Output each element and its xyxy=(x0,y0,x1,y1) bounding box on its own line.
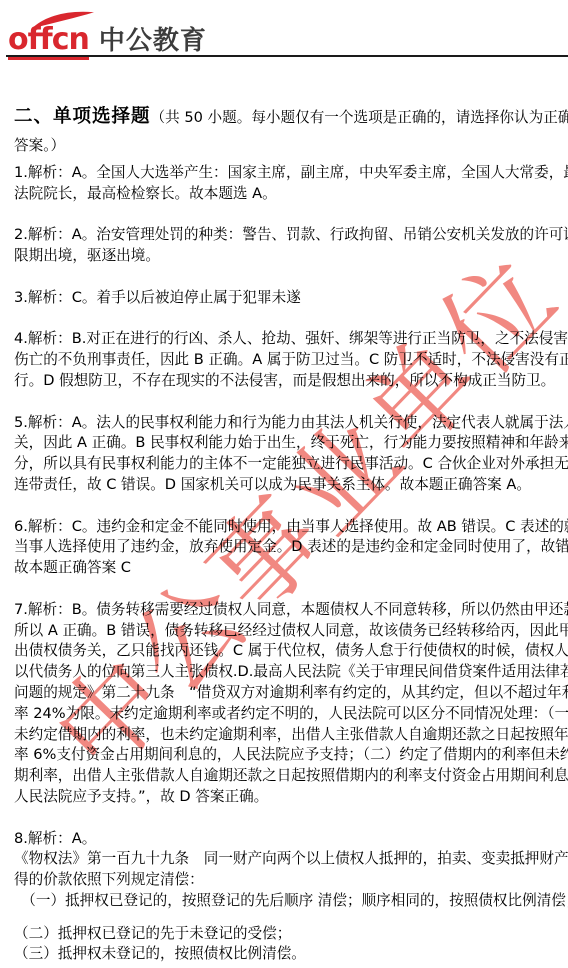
answer-line: 限期出境，驱逐出境。 xyxy=(14,246,554,267)
answer-line: （二）抵押权已登记的先于未登记的受偿； xyxy=(14,924,554,945)
section-title-bold: 二、单项选择题 xyxy=(14,106,151,127)
answer-line: 期利率，出借人主张借款人自逾期还款之日起按照借期内的利率支付资金占用期间利息的， xyxy=(14,766,554,787)
answer-line: 所以 A 正确。B 错误，债务转移已经经过债权人同意，故该债务已经转移给丙，因此… xyxy=(14,621,554,642)
answer-line: 1.解析：A。全国人大选举产生：国家主席，副主席，中央军委主席，全国人大常委，最… xyxy=(14,163,554,184)
answer-line: 未约定借期内的利率，也未约定逾期利率，出借人主张借款人自逾期还款之日起按照年利 xyxy=(14,725,554,746)
answer-line: 以代债务人的位向第三人主张债权.D.最高人民法院《关于审理民间借贷案件适用法律若… xyxy=(14,662,554,683)
offcn-logo: offcn xyxy=(8,10,89,60)
logo-swoosh-icon xyxy=(34,10,94,28)
answer-paragraph: 2.解析：A。治安管理处罚的种类：警告、罚款、行政拘留、吊销公安机关发放的许可证… xyxy=(14,225,554,267)
answer-line: 行。D 假想防卫，不存在现实的不法侵害，而是假想出来的，所以不构成正当防卫。 xyxy=(14,371,554,392)
answer-line: 5.解析：A。法人的民事权利能力和行为能力由其法人机关行使，法定代表人就属于法人… xyxy=(14,413,554,434)
answer-paragraph: 5.解析：A。法人的民事权利能力和行为能力由其法人机关行使，法定代表人就属于法人… xyxy=(14,413,554,496)
answer-paragraph: （二）抵押权已登记的先于未登记的受偿；（三）抵押权未登记的，按照债权比例清偿。 xyxy=(14,924,554,966)
answer-line: 6.解析：C。违约金和定金不能同时使用，由当事人选择使用。故 AB 错误。C 表… xyxy=(14,517,554,538)
answer-line: 当事人选择使用了违约金，放弃使用定金。D 表述的是违约金和定金同时使用了，故错误… xyxy=(14,537,554,558)
answer-line: 《物权法》第一百九十九条 同一财产向两个以上债权人抵押的，拍卖、变卖抵押财产所 xyxy=(14,849,554,870)
answer-paragraph: 1.解析：A。全国人大选举产生：国家主席，副主席，中央军委主席，全国人大常委，最… xyxy=(14,163,554,205)
section-title-rest: （共 50 小题。每小题仅有一个选项是正确的，请选择你认为正确的 xyxy=(151,109,568,126)
logo-cn-text: 中公教育 xyxy=(99,20,207,60)
answer-paragraph: 3.解析：C。着手以后被迫停止属于犯罪未遂 xyxy=(14,288,554,309)
section-title: 二、单项选择题（共 50 小题。每小题仅有一个选项是正确的，请选择你认为正确的 … xyxy=(14,103,554,160)
logo-offcn-text: offcn xyxy=(8,25,89,60)
document-page: offcn 中公教育 中公事业单位 二、单项选择题（共 50 小题。每小题仅有一… xyxy=(0,0,568,968)
answer-line: 4.解析：B.对正在进行的行凶、杀人、抢劫、强奸、绑架等进行正当防卫，之不法侵害… xyxy=(14,329,554,350)
answer-line: 故本题正确答案 C xyxy=(14,558,554,579)
answer-line: 7.解析：B。债务转移需要经过债权人同意，本题债权人不同意转移，所以仍然由甲还款… xyxy=(14,600,554,621)
answer-paragraph: 7.解析：B。债务转移需要经过债权人同意，本题债权人不同意转移，所以仍然由甲还款… xyxy=(14,600,554,808)
answer-line: 出债权债务关，乙只能找丙还钱。C 属于代位权，债务人怠于行使债权的时候，债权人可 xyxy=(14,641,554,662)
answer-line: 3.解析：C。着手以后被迫停止属于犯罪未遂 xyxy=(14,288,554,309)
answer-paragraphs: 1.解析：A。全国人大选举产生：国家主席，副主席，中央军委主席，全国人大常委，最… xyxy=(14,163,554,965)
answer-line: 人民法院应予支持。”，故 D 答案正确。 xyxy=(14,787,554,808)
answer-line: 分，所以具有民事权利能力的主体不一定能独立进行民事活动。C 合伙企业对外承担无限 xyxy=(14,454,554,475)
answer-line: 8.解析：A。 xyxy=(14,829,554,850)
answer-paragraph: 6.解析：C。违约金和定金不能同时使用，由当事人选择使用。故 AB 错误。C 表… xyxy=(14,517,554,579)
answer-line: （一）抵押权已登记的，按照登记的先后顺序 清偿；顺序相同的，按照债权比例清偿； xyxy=(14,891,554,912)
answer-line: 得的价款依照下列规定清偿： xyxy=(14,870,554,891)
answer-line: 率 6%支付资金占用期间利息的，人民法院应予支持；（二）约定了借期内的利率但未约… xyxy=(14,745,554,766)
answer-paragraph: 8.解析：A。《物权法》第一百九十九条 同一财产向两个以上债权人抵押的，拍卖、变… xyxy=(14,829,554,912)
answer-line: （三）抵押权未登记的，按照债权比例清偿。 xyxy=(14,944,554,965)
section-title-line-1: 二、单项选择题（共 50 小题。每小题仅有一个选项是正确的，请选择你认为正确的 xyxy=(14,103,554,132)
answer-line: 2.解析：A。治安管理处罚的种类：警告、罚款、行政拘留、吊销公安机关发放的许可证… xyxy=(14,225,554,246)
answer-line: 法院院长，最高检检察长。故本题选 A。 xyxy=(14,184,554,205)
answer-paragraph: 4.解析：B.对正在进行的行凶、杀人、抢劫、强奸、绑架等进行正当防卫，之不法侵害… xyxy=(14,329,554,391)
answer-line: 连带责任，故 C 错误。D 国家机关可以成为民事关系主体。故本题正确答案 A。 xyxy=(14,475,554,496)
header: offcn 中公教育 xyxy=(8,10,207,60)
section-title-line-2: 答案。） xyxy=(14,132,554,160)
answer-line: 问题的规定》第二十九条 “借贷双方对逾期利率有约定的，从其约定，但以不超过年利 xyxy=(14,683,554,704)
answer-line: 关，因此 A 正确。B 民事权利能力始于出生，终于死亡，行为能力要按照精神和年龄… xyxy=(14,433,554,454)
answer-content: 二、单项选择题（共 50 小题。每小题仅有一个选项是正确的，请选择你认为正确的 … xyxy=(14,103,554,965)
answer-line: 伤亡的不负刑事责任，因此 B 正确。A 属于防卫过当。C 防卫不适时，不法侵害没… xyxy=(14,350,554,371)
answer-line: 率 24%为限。未约定逾期利率或者约定不明的，人民法院可以区分不同情况处理：（一… xyxy=(14,704,554,725)
